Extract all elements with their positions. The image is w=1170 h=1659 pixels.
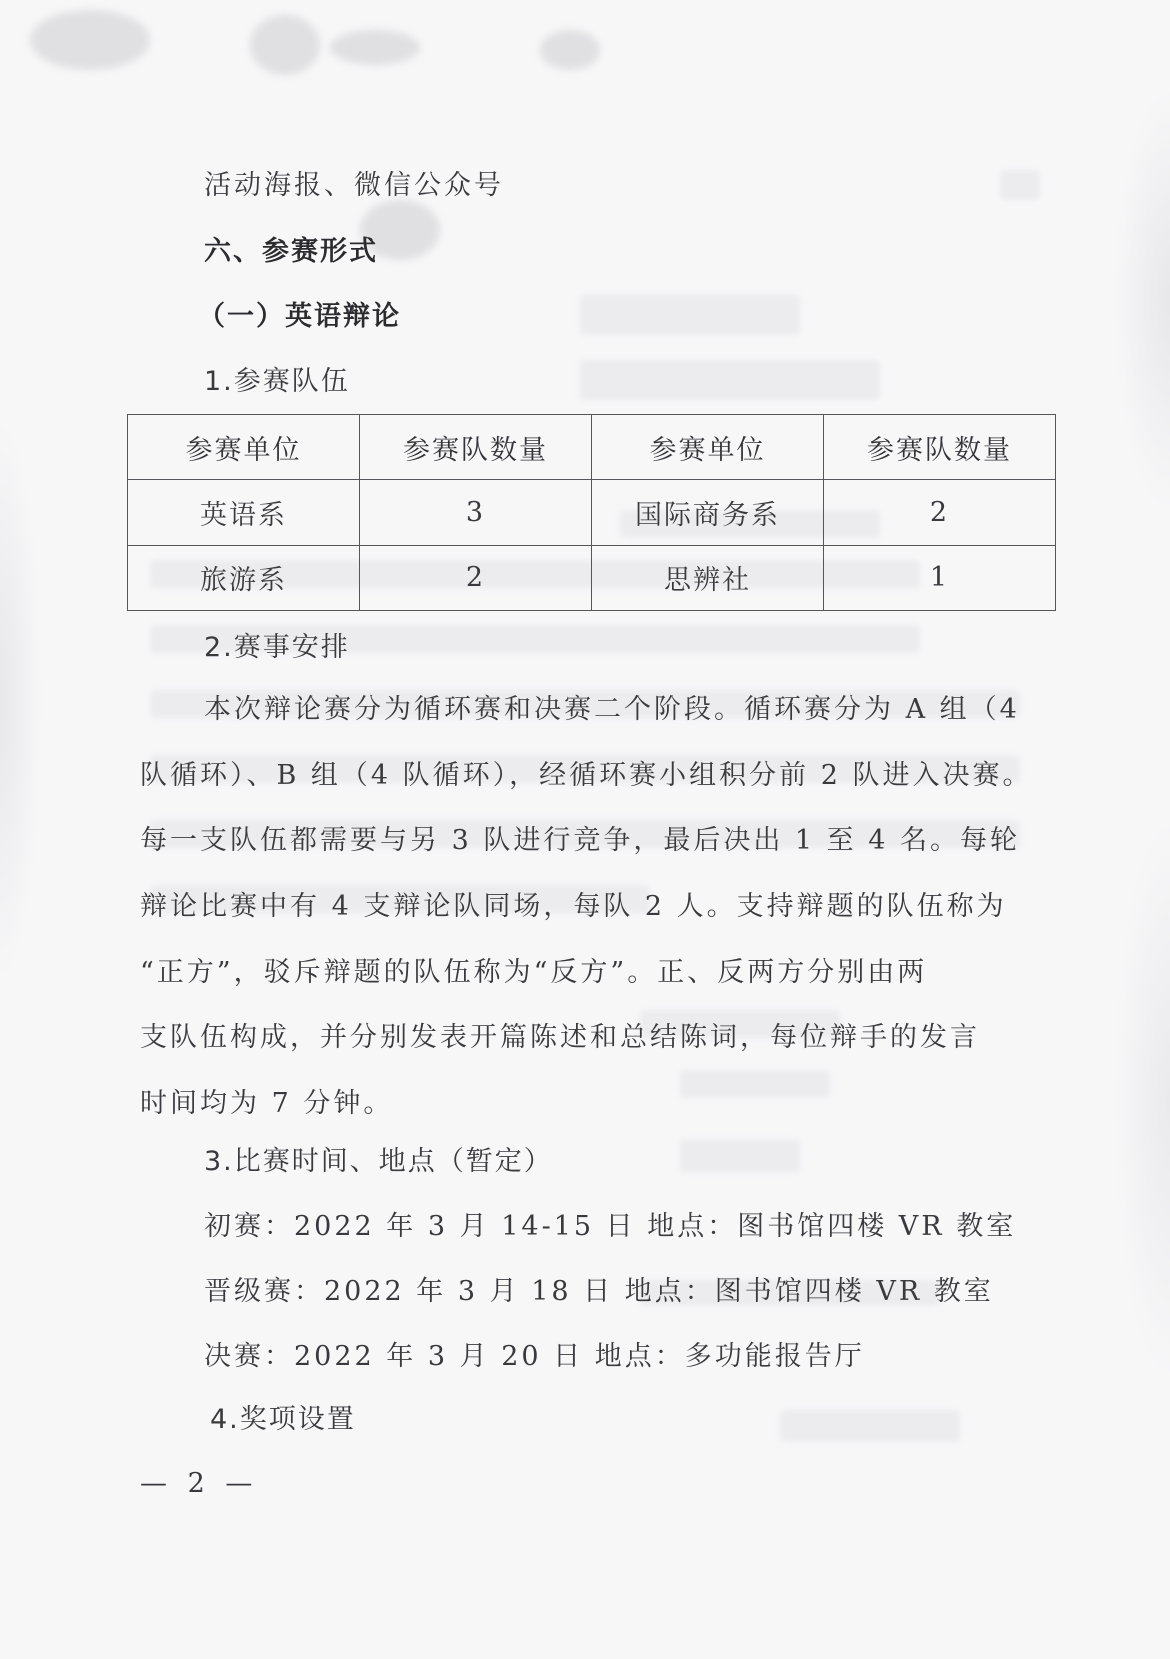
table-header-cell: 参赛单位 [128, 415, 360, 480]
table-cell: 旅游系 [128, 545, 360, 610]
table-header-row: 参赛单位 参赛队数量 参赛单位 参赛队数量 [128, 415, 1056, 480]
table-cell: 国际商务系 [592, 480, 824, 545]
page-number: — 2 — [140, 1468, 258, 1499]
scan-smudge [330, 30, 420, 65]
bleed-through-text [580, 295, 800, 335]
schedule-heading: 2.赛事安排 [204, 630, 350, 666]
paragraph-line: 本次辩论赛分为循环赛和决赛二个阶段。循环赛分为 A 组（4 [204, 692, 1020, 728]
table-cell: 2 [824, 480, 1056, 545]
teams-heading: 1.参赛队伍 [204, 364, 350, 400]
scan-smudge [30, 10, 150, 70]
table-row: 英语系 3 国际商务系 2 [128, 480, 1056, 545]
scan-smudge [250, 15, 320, 75]
round-schedule-final: 决赛：2022 年 3 月 20 日 地点：多功能报告厅 [204, 1339, 865, 1375]
table-cell: 1 [824, 545, 1056, 610]
round-schedule-advancement: 晋级赛：2022 年 3 月 18 日 地点：图书馆四楼 VR 教室 [204, 1274, 994, 1310]
table-header-cell: 参赛队数量 [824, 415, 1056, 480]
bleed-through-text [680, 1070, 830, 1098]
time-place-heading: 3.比赛时间、地点（暂定） [204, 1144, 553, 1180]
bleed-through-text [780, 1410, 960, 1442]
paragraph-line: 辩论比赛中有 4 支辩论队同场，每队 2 人。支持辩题的队伍称为 [140, 889, 1007, 925]
paragraph-line: 队循环）、B 组（4 队循环），经循环赛小组积分前 2 队进入决赛。 [140, 758, 1033, 794]
subsection-heading: （一）英语辩论 [198, 299, 401, 335]
table-cell: 英语系 [128, 480, 360, 545]
scan-smudge [540, 30, 600, 70]
table-header-cell: 参赛队数量 [360, 415, 592, 480]
paragraph-line: 每一支队伍都需要与另 3 队进行竞争，最后决出 1 至 4 名。每轮 [140, 823, 1020, 859]
paragraph-line: 支队伍构成，并分别发表开篇陈述和总结陈词，每位辩手的发言 [140, 1020, 980, 1056]
bleed-through-text [680, 1140, 800, 1172]
bleed-through-text [1000, 170, 1040, 200]
table-header-cell: 参赛单位 [592, 415, 824, 480]
round-schedule-preliminary: 初赛：2022 年 3 月 14-15 日 地点：图书馆四楼 VR 教室 [204, 1209, 1016, 1245]
table-cell: 思辨社 [592, 545, 824, 610]
section-heading: 六、参赛形式 [204, 234, 378, 270]
bleed-through-text [580, 360, 880, 400]
teams-table: 参赛单位 参赛队数量 参赛单位 参赛队数量 英语系 3 国际商务系 2 旅游系 … [127, 414, 1056, 611]
paragraph-line: “正方”，驳斥辩题的队伍称为“反方”。正、反两方分别由两 [140, 955, 927, 991]
intro-line: 活动海报、微信公众号 [204, 168, 504, 204]
table-cell: 3 [360, 480, 592, 545]
paragraph-line: 时间均为 7 分钟。 [140, 1086, 393, 1122]
table-row: 旅游系 2 思辨社 1 [128, 545, 1056, 610]
awards-heading: 4.奖项设置 [210, 1402, 356, 1438]
table-cell: 2 [360, 545, 592, 610]
